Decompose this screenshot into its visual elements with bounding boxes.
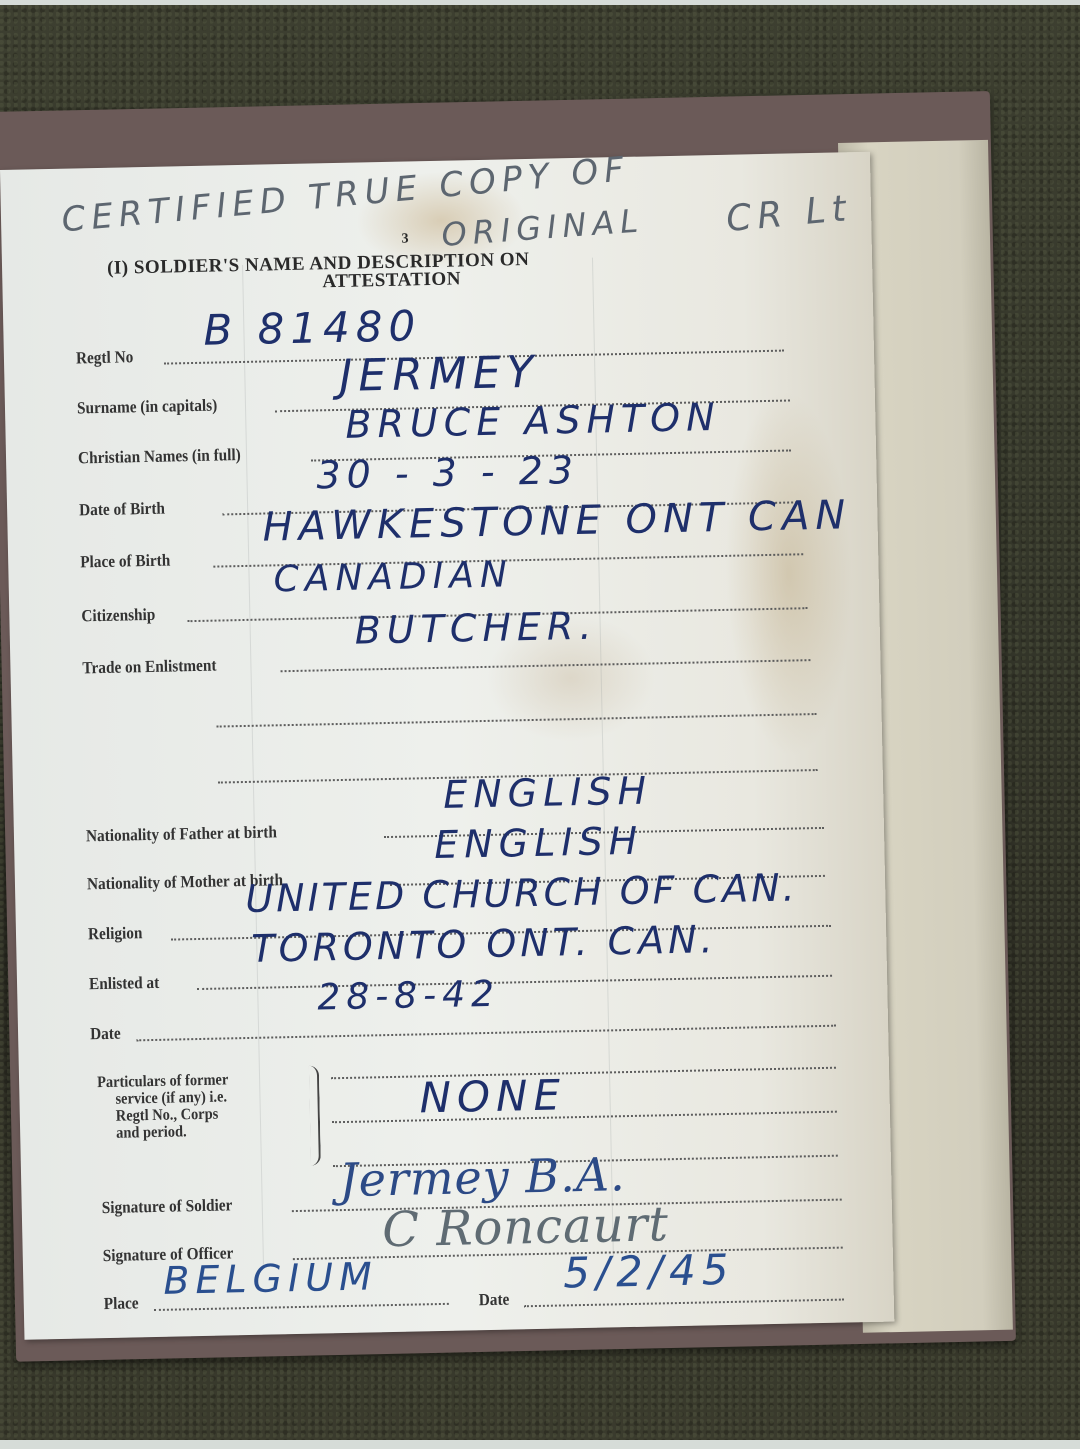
dotted-line: [332, 1111, 837, 1124]
value-place-of-birth: HAWKESTONE ONT CAN: [262, 492, 852, 550]
value-nationality-father: ENGLISH: [443, 768, 653, 816]
title-line-2: ATTESTATION: [322, 268, 461, 293]
label-regtl-no: Regtl No: [76, 347, 134, 368]
value-enlist-date: 28-8-42: [317, 974, 500, 1019]
label-place-of-birth: Place of Birth: [80, 551, 170, 573]
value-former-service: NONE: [419, 1070, 566, 1122]
bottom-border-strip: [0, 1440, 1080, 1449]
value-citizenship: CANADIAN: [273, 554, 513, 600]
label-nationality-father: Nationality of Father at birth: [86, 822, 277, 846]
dotted-line: [281, 659, 811, 672]
value-enlisted-at: TORONTO ONT. CAN.: [251, 917, 717, 971]
label-former-service-4: and period.: [116, 1123, 187, 1141]
label-christian-names: Christian Names (in full): [78, 445, 241, 468]
label-date-of-birth: Date of Birth: [79, 499, 165, 521]
label-surname: Surname (in capitals): [77, 396, 218, 419]
dotted-line: [331, 1067, 836, 1080]
dotted-line: [524, 1299, 844, 1308]
title-line-1: (I) SOLDIER'S NAME AND DESCRIPTION ON: [107, 249, 530, 280]
value-place: BELGIUM: [163, 1254, 378, 1302]
value-regtl-no: B 81480: [203, 301, 422, 355]
label-signed-date: Date: [479, 1290, 510, 1311]
label-place: Place: [104, 1293, 139, 1314]
value-signed-date: 5/2/45: [563, 1245, 735, 1298]
document-page: CERTIFIED TRUE COPY OF ORIGINAL CR Lt 3 …: [0, 152, 894, 1340]
value-religion: UNITED CHURCH OF CAN.: [245, 865, 798, 921]
page-number: 3: [401, 231, 408, 247]
value-trade-on-enlistment: BUTCHER.: [354, 604, 598, 653]
certification-initials: CR Lt: [724, 188, 853, 240]
label-citizenship: Citizenship: [81, 605, 155, 627]
dotted-line: [136, 1025, 836, 1042]
label-signature-soldier: Signature of Soldier: [102, 1195, 233, 1218]
value-christian-names: BRUCE ASHTON: [345, 395, 721, 447]
label-trade-on-enlistment: Trade on Enlistment: [82, 656, 216, 679]
certification-line-2: ORIGINAL: [440, 201, 645, 254]
ghost-grid-line: [242, 265, 264, 1265]
label-enlisted-at: Enlisted at: [89, 973, 160, 994]
dotted-line: [154, 1303, 449, 1311]
label-enlist-date: Date: [90, 1024, 121, 1045]
label-former-service-3: Regtl No., Corps: [116, 1106, 219, 1125]
dotted-line: [197, 975, 832, 990]
value-nationality-mother: ENGLISH: [434, 819, 644, 867]
label-religion: Religion: [88, 923, 143, 944]
brace: [309, 1066, 321, 1166]
dotted-line-blank: [217, 713, 817, 728]
value-surname: JERMEY: [339, 347, 540, 402]
value-date-of-birth: 30 - 3 - 23: [316, 448, 579, 497]
